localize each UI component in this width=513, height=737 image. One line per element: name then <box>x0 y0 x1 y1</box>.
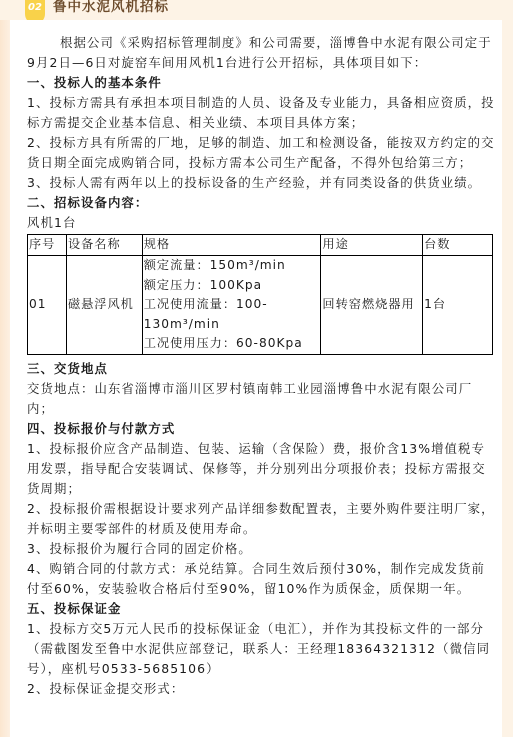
delivery-location: 交货地点：山东省淄博市淄川区罗村镇南韩工业园淄博鲁中水泥有限公司厂内； <box>27 379 497 419</box>
table-header-cell: 设备名称 <box>66 235 142 256</box>
section1-heading: 一、投标人的基本条件 <box>27 73 497 93</box>
section4-item: 1、投标报价应含产品制造、包装、运输（含保险）费，报价含13%增值税专用发票，指… <box>27 439 497 499</box>
table-header-cell: 台数 <box>423 235 493 256</box>
table-header-cell: 序号 <box>28 235 67 256</box>
section2-heading: 二、招标设备内容： <box>27 193 497 213</box>
cell-usage: 回转窑燃烧器用 <box>321 256 423 355</box>
section1-item: 3、投标人需有两年以上的投标设备的生产经验，并有同类设备的供货业绩。 <box>27 173 497 193</box>
section-title: 鲁中水泥风机招标 <box>53 0 169 16</box>
article-body: 根据公司《采购招标管理制度》和公司需要，淄博鲁中水泥有限公司定于9月2日—6日对… <box>27 33 497 699</box>
table-header-cell: 规格 <box>142 235 321 256</box>
spec-line: 工况使用压力：60-80Kpa <box>144 334 321 354</box>
section1-item: 1、投标方需具有承担本项目制造的人员、设备及专业能力，具备相应资质，投标方需提交… <box>27 93 497 133</box>
section4-heading: 四、投标报价与付款方式 <box>27 419 497 439</box>
spec-line: 额定压力：100Kpa <box>144 276 321 296</box>
section3-heading: 三、交货地点 <box>27 359 497 379</box>
cell-serial-number: 01 <box>28 256 67 355</box>
cell-specification: 额定流量：150m³/min 额定压力：100Kpa 工况使用流量：100-13… <box>142 256 321 355</box>
spec-line: 额定流量：150m³/min <box>144 256 321 276</box>
page-left-strip <box>0 0 10 737</box>
table-header-row: 序号 设备名称 规格 用途 台数 <box>28 235 493 256</box>
intro-paragraph: 根据公司《采购招标管理制度》和公司需要，淄博鲁中水泥有限公司定于9月2日—6日对… <box>27 33 497 73</box>
equipment-table: 序号 设备名称 规格 用途 台数 01 磁悬浮风机 额定流量：150m³/min… <box>27 234 493 355</box>
section4-item: 2、投标报价需根据设计要求列产品详细参数配置表，主要外购件要注明厂家，并标明主要… <box>27 499 497 539</box>
section5-item: 1、投标方交5万元人民币的投标保证金（电汇），并作为其投标文件的一部分（需截图发… <box>27 619 497 679</box>
section2-subtitle: 风机1台 <box>27 213 497 233</box>
table-row: 01 磁悬浮风机 额定流量：150m³/min 额定压力：100Kpa 工况使用… <box>28 256 493 355</box>
cell-equipment-name: 磁悬浮风机 <box>66 256 142 355</box>
cell-quantity: 1台 <box>423 256 493 355</box>
section1-item: 2、投标方具有所需的厂地，足够的制造、加工和检测设备，能按双方约定的交货日期全面… <box>27 133 497 173</box>
section-header: 02 鲁中水泥风机招标 <box>0 0 513 20</box>
spec-line: 工况使用流量：100-130m³/min <box>144 295 321 334</box>
section4-item: 4、购销合同的付款方式：承兑结算。合同生效后预付30%，制作完成发货前付至60%… <box>27 559 497 599</box>
section5-heading: 五、投标保证金 <box>27 599 497 619</box>
table-header-cell: 用途 <box>321 235 423 256</box>
section5-item: 2、投标保证金提交形式： <box>27 679 497 699</box>
section4-item: 3、投标报价为履行合同的固定价格。 <box>27 539 497 559</box>
